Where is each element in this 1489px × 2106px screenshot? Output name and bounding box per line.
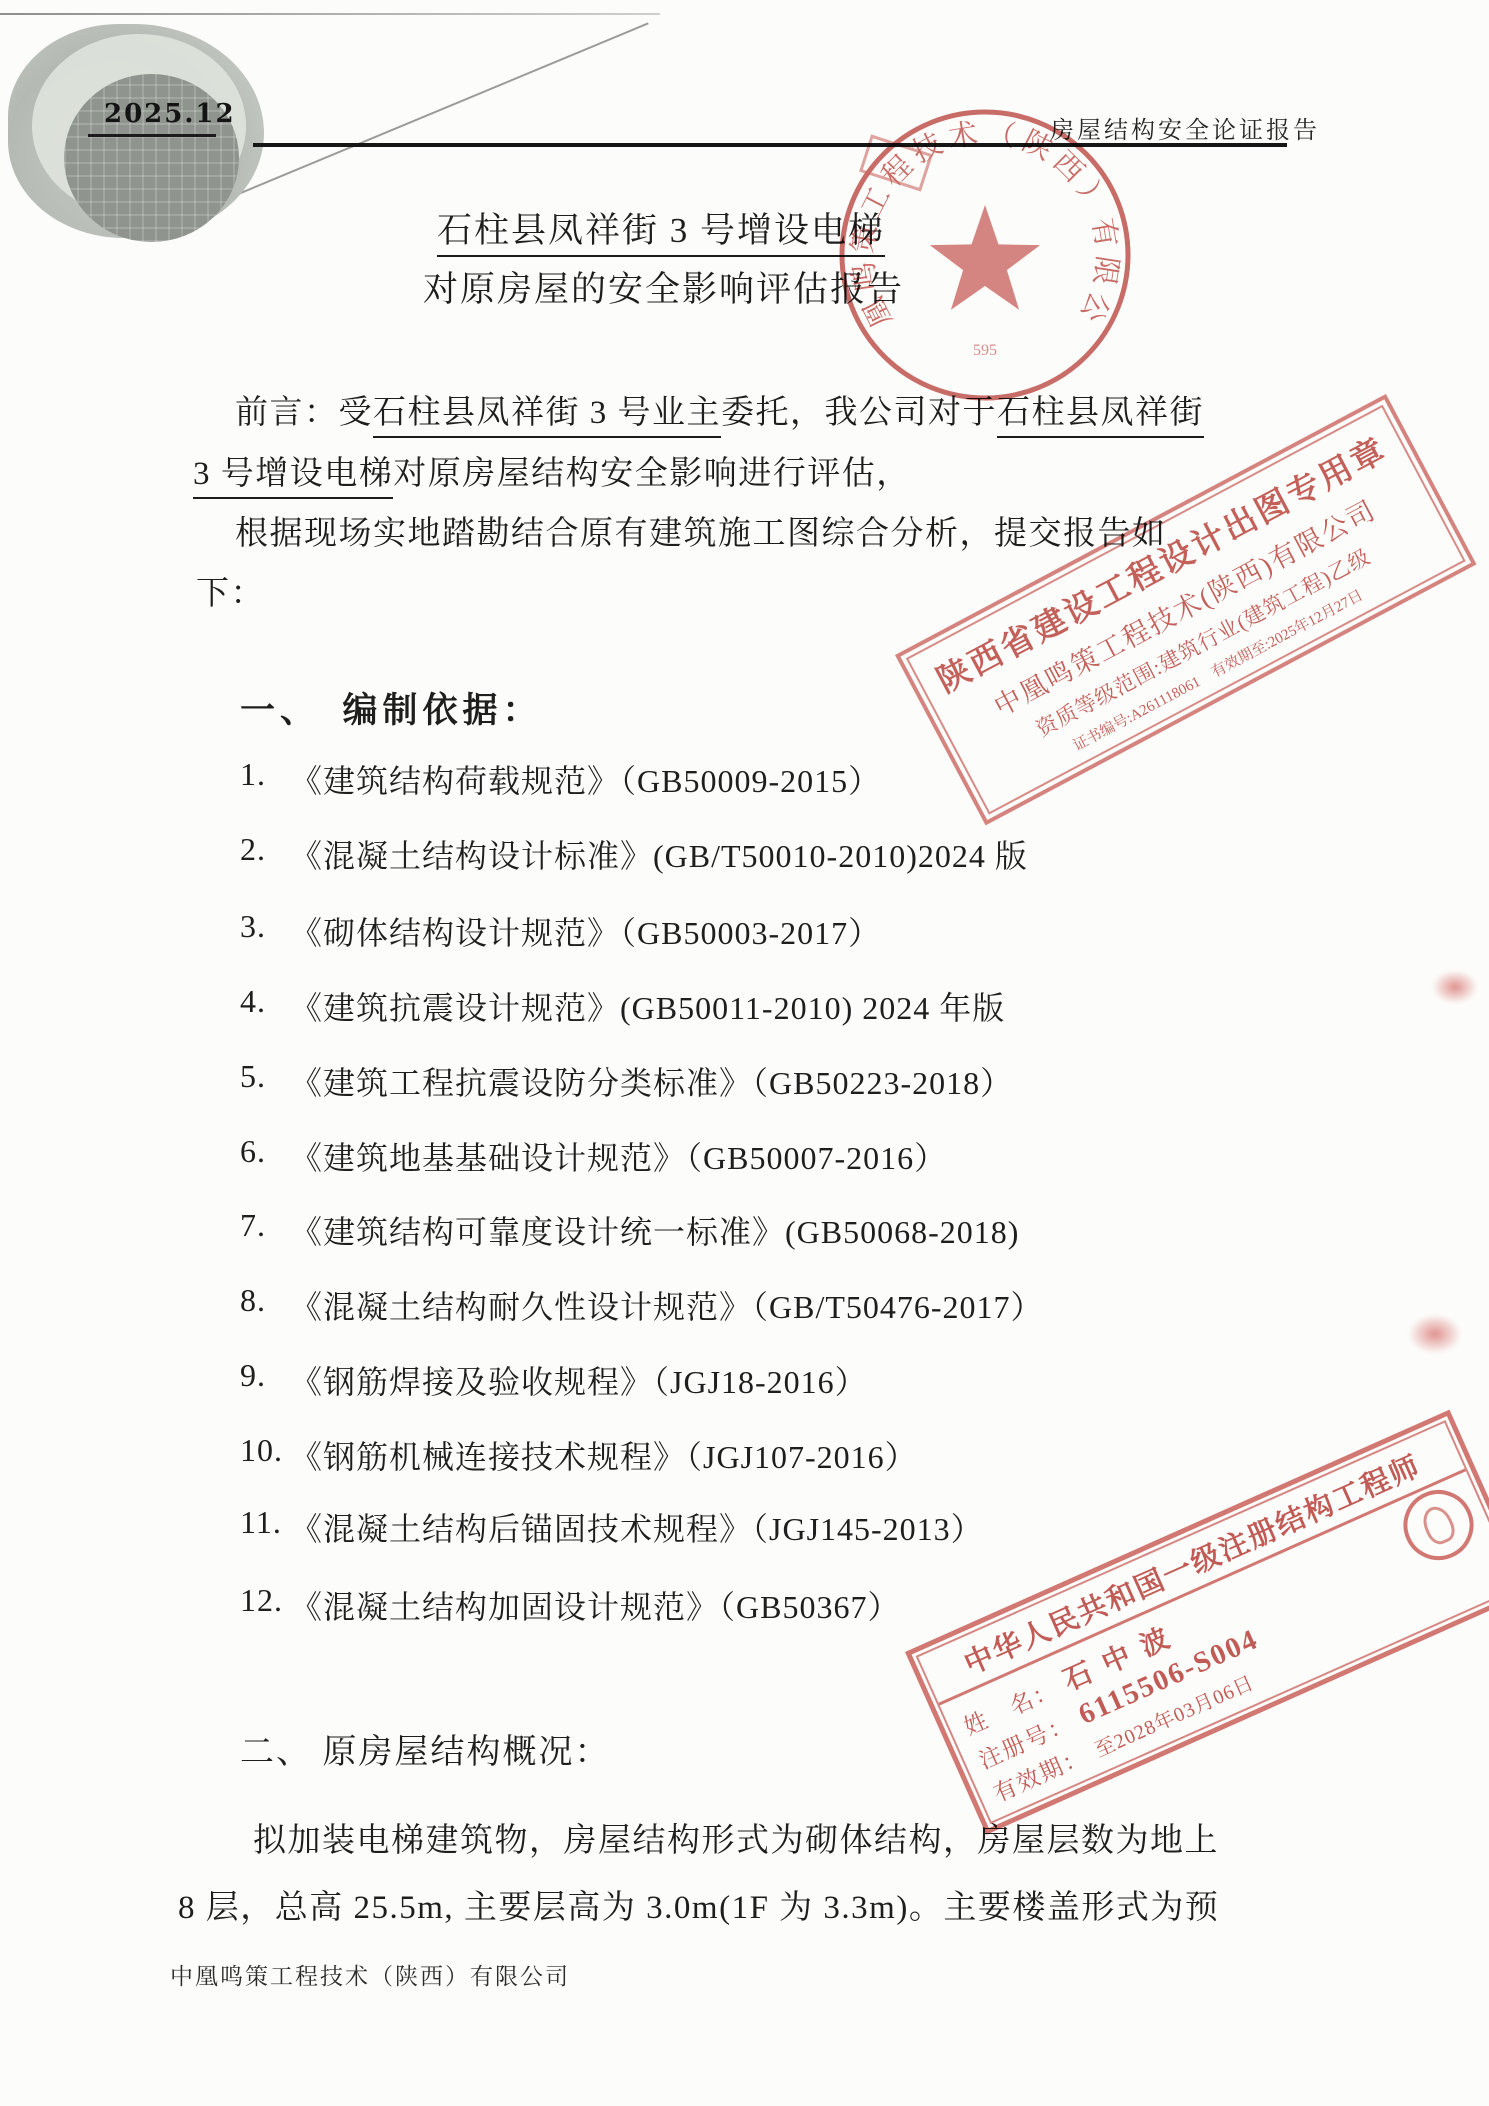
list-item: 3. 《砌体结构设计规范》（GB50003-2017） <box>240 908 881 954</box>
doc-title-line1-text: 石柱县凤祥街 3 号增设电梯 <box>437 211 885 257</box>
list-item-number: 6. <box>240 1133 290 1179</box>
list-item-text: 《建筑地基基础设计规范》（GB50007-2016） <box>290 1133 947 1179</box>
list-item-text: 《混凝土结构加固设计规范》（GB50367） <box>290 1582 900 1628</box>
section2-para-line1: 拟加装电梯建筑物，房屋结构形式为砌体结构，房屋层数为地上 <box>253 1814 1219 1861</box>
design-license-stamp: 陕西省建设工程设计出图专用章 中凰鸣策工程技术(陕西)有限公司 资质等级范围:建… <box>895 394 1477 825</box>
footer-company: 中凰鸣策工程技术（陕西）有限公司 <box>170 1958 570 1991</box>
corner-date-underline <box>88 134 216 137</box>
engineer-stamp: 中华人民共和国一级注册结构工程师 姓 名： 石中波 注册号： 6115506-S… <box>905 1410 1489 1835</box>
preface-line2-rest: 对原房屋结构安全影响进行评估， <box>393 456 911 492</box>
list-item-text: 《混凝土结构设计标准》(GB/T50010-2010)2024 版 <box>290 831 1028 877</box>
list-item-number: 12. <box>240 1582 290 1628</box>
preface-lead: 前言：受 <box>235 395 373 431</box>
list-item-number: 4. <box>240 983 290 1029</box>
list-item: 1. 《建筑结构荷载规范》（GB50009-2015） <box>240 756 881 802</box>
list-item-number: 11. <box>240 1504 290 1550</box>
doc-title-line2: 对原房屋的安全影响评估报告 <box>423 262 904 312</box>
seal-serial: 595 <box>973 342 997 359</box>
list-item-text: 《混凝土结构耐久性设计规范》（GB/T50476-2017） <box>290 1282 1044 1328</box>
list-item: 5. 《建筑工程抗震设防分类标准》（GB50223-2018） <box>240 1058 1013 1104</box>
list-item: 2. 《混凝土结构设计标准》(GB/T50010-2010)2024 版 <box>240 831 1028 877</box>
seal-star-icon <box>930 205 1040 310</box>
list-item-text: 《砌体结构设计规范》（GB50003-2017） <box>290 908 881 954</box>
list-item: 12. 《混凝土结构加固设计规范》（GB50367） <box>240 1582 900 1628</box>
list-item-text: 《钢筋机械连接技术规程》（JGJ107-2016） <box>290 1432 918 1478</box>
section2-heading: 二、 原房屋结构概况： <box>240 1724 611 1773</box>
document-page: 2025.12 房屋结构安全论证报告 石柱县凤祥街 3 号增设电梯 对原房屋的安… <box>0 0 1489 2106</box>
list-item-text: 《建筑抗震设计规范》(GB50011-2010) 2024 年版 <box>290 983 1005 1029</box>
design-license-stamp-inner: 陕西省建设工程设计出图专用章 中凰鸣策工程技术(陕西)有限公司 资质等级范围:建… <box>906 405 1466 815</box>
list-item-text: 《建筑结构荷载规范》（GB50009-2015） <box>290 756 881 802</box>
doc-title-line1: 石柱县凤祥街 3 号增设电梯 <box>437 203 885 253</box>
list-item: 7. 《建筑结构可靠度设计统一标准》(GB50068-2018) <box>240 1207 1019 1253</box>
preface-line4: 下： <box>196 567 265 614</box>
list-item-number: 9. <box>240 1357 290 1403</box>
list-item-number: 2. <box>240 831 290 877</box>
preface-line2: 3 号增设电梯对原房屋结构安全影响进行评估， <box>193 447 911 494</box>
list-item: 9. 《钢筋焊接及验收规程》（JGJ18-2016） <box>240 1357 868 1403</box>
list-item: 6. 《建筑地基基础设计规范》（GB50007-2016） <box>240 1133 947 1179</box>
red-ink-blotch <box>1408 1314 1462 1354</box>
list-item-text: 《混凝土结构后锚固技术规程》（JGJ145-2013） <box>290 1504 984 1550</box>
list-item: 11. 《混凝土结构后锚固技术规程》（JGJ145-2013） <box>240 1504 984 1550</box>
engineer-stamp-inner: 中华人民共和国一级注册结构工程师 姓 名： 石中波 注册号： 6115506-S… <box>916 1420 1489 1824</box>
list-item-number: 1. <box>240 756 290 802</box>
list-item-number: 10. <box>240 1432 290 1478</box>
list-item-text: 《钢筋焊接及验收规程》（JGJ18-2016） <box>290 1357 868 1403</box>
preface-underlined-elevator: 3 号增设电梯 <box>193 456 393 499</box>
list-item-number: 3. <box>240 908 290 954</box>
list-item-number: 8. <box>240 1282 290 1328</box>
preface-underlined-owner: 石柱县凤祥街 3 号业主 <box>373 395 721 438</box>
corner-date: 2025.12 <box>104 99 236 129</box>
red-ink-blotch <box>1432 970 1478 1004</box>
list-item-text: 《建筑结构可靠度设计统一标准》(GB50068-2018) <box>290 1207 1019 1253</box>
list-item: 8. 《混凝土结构耐久性设计规范》（GB/T50476-2017） <box>240 1282 1044 1328</box>
list-item-text: 《建筑工程抗震设防分类标准》（GB50223-2018） <box>290 1058 1013 1104</box>
list-item: 4. 《建筑抗震设计规范》(GB50011-2010) 2024 年版 <box>240 983 1005 1029</box>
list-item-number: 7. <box>240 1207 290 1253</box>
list-item: 10. 《钢筋机械连接技术规程》（JGJ107-2016） <box>240 1432 918 1478</box>
scan-edge-line <box>0 13 660 15</box>
section1-heading: 一、 编制依据： <box>240 683 543 733</box>
list-item-number: 5. <box>240 1058 290 1104</box>
section2-para-line2: 8 层，总高 25.5m, 主要层高为 3.0m(1F 为 3.3m)。主要楼盖… <box>178 1881 1219 1928</box>
round-company-seal: 中凰鸣策工程技术（陕西）有限公司 595 <box>833 103 1137 407</box>
preface-line3: 根据现场实地踏勘结合原有建筑施工图综合分析，提交报告如 <box>235 507 1167 554</box>
